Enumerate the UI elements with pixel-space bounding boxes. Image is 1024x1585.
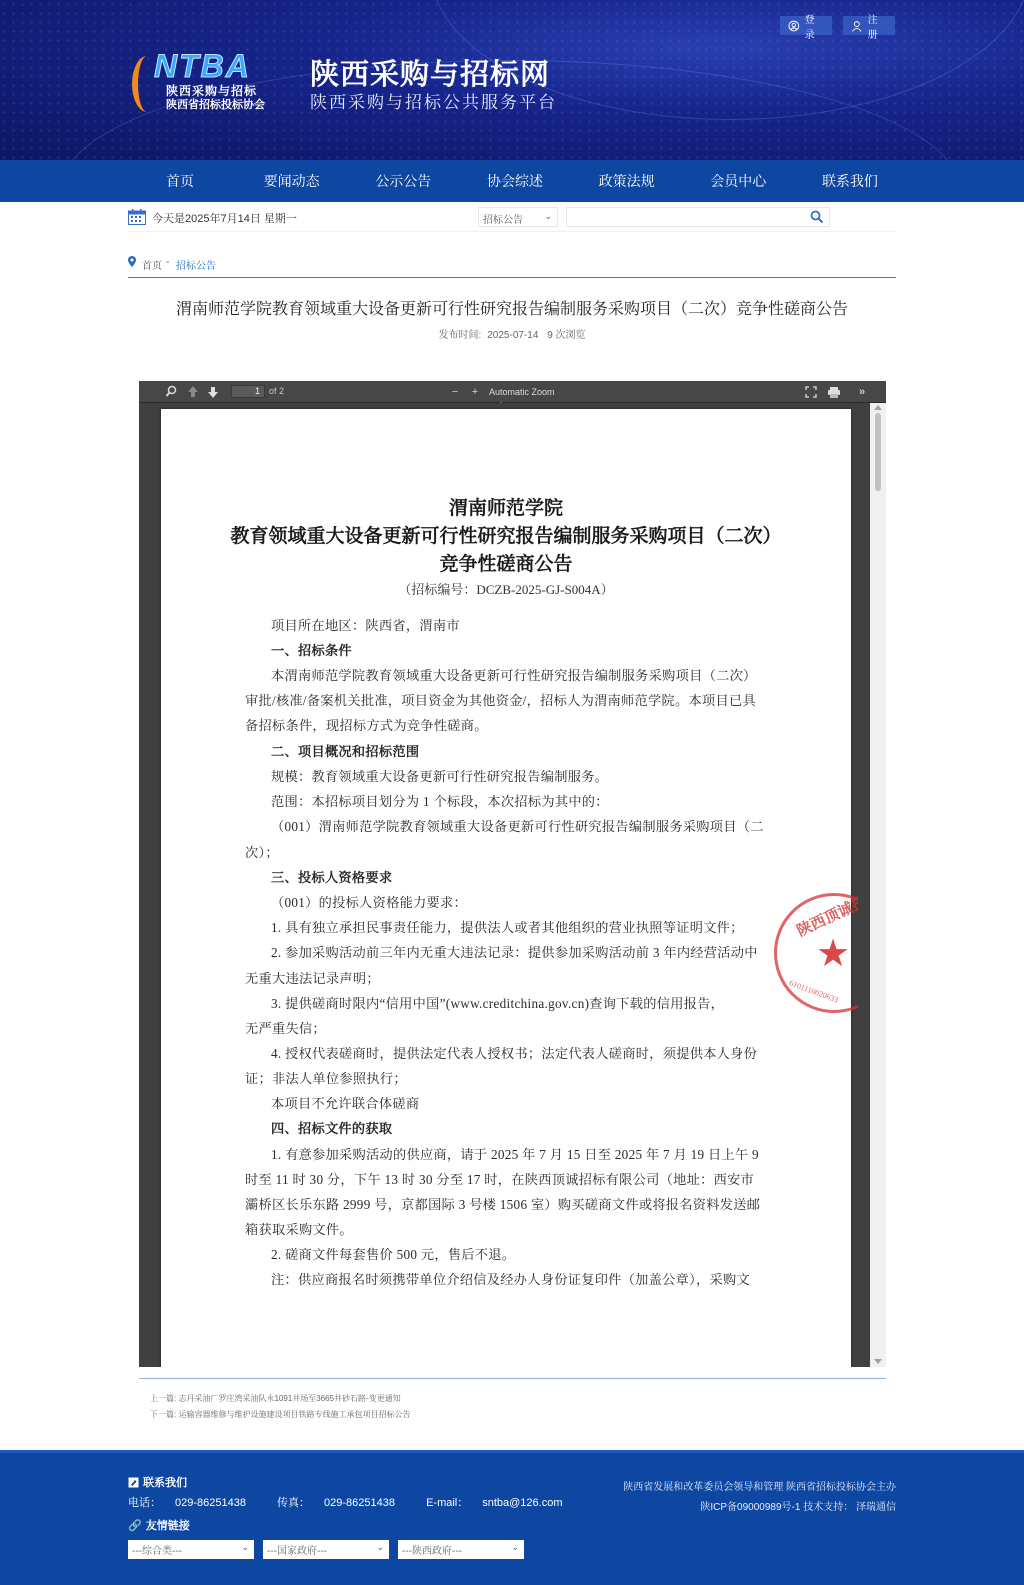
links-heading-label: 友情链接 [146,1517,190,1533]
doc-line: 范围：本招标项目划分为 1 个标段，本次招标为其中的： [271,791,795,810]
note-icon [128,1477,139,1488]
email-label: E-mail： [426,1497,468,1509]
scroll-down-arrow-icon[interactable] [874,1359,882,1364]
chevron-down-icon: ⌄ [544,211,552,222]
zoom-level: Automatic Zoom [489,387,555,397]
prev-article: 上一篇: 志丹采油厂罗庄湾采油队永1091井场至3665井砂石路-变更通知 [150,1393,401,1404]
doc-line: 箱获取采购文件。 [245,1219,769,1238]
article-title: 渭南师范学院教育领域重大设备更新可行性研究报告编制服务采购项目（二次）竞争性磋商… [128,296,896,319]
login-label: 登录 [805,11,824,41]
site-subtitle: 陕西采购与招标公共服务平台 [310,88,557,113]
nav-item-members[interactable]: 会员中心 [688,160,788,202]
search-icon[interactable] [165,384,177,400]
nav-item-home[interactable]: 首页 [130,160,230,202]
pdf-viewer: 1 of 2 − + Automatic Zoom ⇕ » 渭南师范学院 教育领… [139,381,886,1367]
official-seal-stamp: 陕西顶诚招 ★ 6101110020633 [766,887,858,1019]
location-pin-icon [128,256,136,267]
select-value: ---国家政府--- [267,1546,327,1557]
zoom-out-icon[interactable]: − [449,384,461,400]
doc-line: 2. 磋商文件每套售价 500 元，售后不退。 [271,1244,795,1263]
footer-organizer: 陕西省发展和改革委员会领导和管理 陕西省招标投标协会主办 [623,1478,896,1493]
calendar-icon [128,209,146,225]
nav-item-announcements[interactable]: 公示公告 [353,160,453,202]
chevron-down-icon: ⌄ [241,1542,249,1553]
fax-label: 传真： [277,1497,310,1509]
doc-line: 规模：教育领域重大设备更新可行性研究报告编制服务。 [271,766,795,785]
site-logo[interactable]: NTBA 陕西采购与招标 陕西省招标投标协会 [132,48,297,114]
doc-line: 1. 有意参加采购活动的供应商，请于 2025 年 7 月 15 日至 2025… [271,1144,795,1163]
page-count: of 2 [269,386,284,396]
footer-icp: 陕ICP备09000989号-1 技术支持： 泽瑞通信 [700,1498,896,1513]
date-search-bar: 今天是2025年7月14日 星期一 招标公告 ⌄ [128,206,896,232]
contact-heading-label: 联系我们 [143,1474,187,1490]
star-icon: ★ [816,935,850,973]
links-heading: 🔗 友情链接 [128,1517,190,1533]
prev-label: 上一篇: [150,1394,176,1403]
nav-item-news[interactable]: 要闻动态 [242,160,342,202]
doc-section-heading: 三、投标人资格要求 [271,867,795,886]
register-label: 注册 [868,11,887,41]
doc-line: 证；非法人单位参照执行； [245,1068,769,1087]
doc-line: （001）的投标人资格能力要求： [271,892,795,911]
user-icon [851,20,863,32]
doc-section-heading: 四、招标文件的获取 [271,1118,795,1137]
phone-label: 电话： [128,1497,161,1509]
pdf-scroll-area[interactable]: 渭南师范学院 教育领域重大设备更新可行性研究报告编制服务采购项目（二次） 竞争性… [139,403,886,1367]
doc-line: 注：供应商报名时须携带单位介绍信及经办人身份证复印件（加盖公章），采购文 [271,1269,795,1288]
phone-number: 029-86251438 [175,1497,246,1509]
user-circle-icon [788,20,800,32]
link-icon: 🔗 [128,1519,142,1532]
publish-date: 2025-07-14 [487,330,538,341]
print-icon[interactable] [827,384,841,400]
pdf-scrollbar[interactable] [870,403,886,1367]
nav-item-association[interactable]: 协会综述 [465,160,565,202]
email-address[interactable]: sntba@126.com [482,1497,562,1509]
doc-line: 项目所在地区：陕西省，渭南市 [271,615,795,634]
friend-link-select-shaanxi[interactable]: ---陕西政府---⌄ [398,1540,524,1559]
doc-heading-line-1: 渭南师范学院 [161,493,851,520]
search-input[interactable] [566,207,830,227]
next-article: 下一篇: 运输容器维修与维护设施建设项目铁路专线施工承包项目招标公告 [150,1409,410,1420]
doc-line: 4. 授权代表磋商时，提供法定代表人授权书；法定代表人磋商时，须提供本人身份 [271,1043,795,1062]
publish-label: 发布时间: [438,330,481,341]
zoom-select[interactable]: Automatic Zoom ⇕ [489,385,571,399]
next-article-link[interactable]: 运输容器维修与维护设施建设项目铁路专线施工承包项目招标公告 [178,1410,410,1419]
logo-subtitle-2: 陕西省招标投标协会 [166,96,265,112]
category-selected-value: 招标公告 [483,215,523,226]
pdf-toolbar: 1 of 2 − + Automatic Zoom ⇕ » [139,381,886,403]
next-page-icon[interactable] [207,384,219,400]
scroll-up-arrow-icon[interactable] [874,405,882,410]
fax-number: 029-86251438 [324,1497,395,1509]
breadcrumb-home[interactable]: 首页 [142,257,162,272]
breadcrumb-separator: - [166,257,169,268]
fullscreen-icon[interactable] [805,384,817,400]
view-count: 9 次浏览 [547,330,585,341]
breadcrumb-current[interactable]: 招标公告 [176,257,216,272]
doc-line: 审批/核准/备案机关批准，项目资金为其他资金/，招标人为渭南师范学院。本项目已具 [245,690,769,709]
doc-section-heading: 二、项目概况和招标范围 [271,741,795,760]
divider [139,1378,886,1379]
doc-line: 备招标条件，现招标方式为竞争性磋商。 [245,715,769,734]
breadcrumb: 首页 - 招标公告 [128,254,896,278]
scrollbar-thumb[interactable] [875,413,881,491]
select-value: ---综合类--- [132,1546,182,1557]
page-number-input[interactable]: 1 [231,385,265,398]
previous-page-icon[interactable] [187,384,199,400]
register-button[interactable]: 注册 [843,16,895,35]
doc-line: 时至 11 时 30 分，下午 13 时 30 分至 17 时，在陕西顶诚招标有… [245,1169,769,1188]
tools-menu-icon[interactable]: » [855,384,869,400]
doc-line: 1. 具有独立承担民事责任能力，提供法人或者其他组织的营业执照等证明文件； [271,917,795,936]
search-icon[interactable] [810,210,824,224]
doc-tender-code: （招标编号：DCZB-2025-GJ-S004A） [161,579,851,598]
doc-line: 无严重失信； [245,1018,769,1037]
prev-article-link[interactable]: 志丹采油厂罗庄湾采油队永1091井场至3665井砂石路-变更通知 [178,1394,400,1403]
footer: 联系我们 电话：029-86251438 传真：029-86251438 E-m… [0,1450,1024,1585]
friend-link-select-national[interactable]: ---国家政府---⌄ [263,1540,389,1559]
chevron-down-icon: ⌄ [376,1542,384,1553]
select-value: ---陕西政府--- [402,1546,462,1557]
category-select[interactable]: 招标公告 ⌄ [478,207,558,227]
chevron-down-icon: ⌄ [511,1542,519,1553]
nav-item-contact[interactable]: 联系我们 [800,160,900,202]
header-banner: NTBA 陕西采购与招标 陕西省招标投标协会 陕西采购与招标网 陕西采购与招标公… [0,0,1024,160]
doc-line: 无重大违法记录声明； [245,968,769,987]
login-button[interactable]: 登录 [780,16,832,35]
doc-line: 2. 参加采购活动前三年内无重大违法记录：提供参加采购活动前 3 年内经营活动中 [271,942,795,961]
pdf-page: 渭南师范学院 教育领域重大设备更新可行性研究报告编制服务采购项目（二次） 竞争性… [161,409,851,1367]
current-date: 今天是2025年7月14日 星期一 [152,210,297,226]
doc-heading-line-2: 教育领域重大设备更新可行性研究报告编制服务采购项目（二次） [161,521,851,548]
nav-item-policies[interactable]: 政策法规 [577,160,677,202]
main-nav: 首页 要闻动态 公示公告 协会综述 政策法规 会员中心 联系我们 [0,160,1024,202]
doc-line: 3. 提供磋商时限内“信用中国”(www.creditchina.gov.cn)… [271,993,795,1012]
doc-section-heading: 一、招标条件 [271,640,795,659]
doc-line: 本渭南师范学院教育领域重大设备更新可行性研究报告编制服务采购项目（二次） [271,665,795,684]
doc-heading-line-3: 竞争性磋商公告 [161,549,851,576]
contact-heading: 联系我们 [128,1474,187,1490]
site-title: 陕西采购与招标网 [310,52,550,93]
next-label: 下一篇: [150,1410,176,1419]
logo-text: NTBA [154,48,251,85]
doc-line: （001）渭南师范学院教育领域重大设备更新可行性研究报告编制服务采购项目（二 [271,816,795,835]
friend-link-select-general[interactable]: ---综合类---⌄ [128,1540,254,1559]
zoom-in-icon[interactable]: + [469,384,481,400]
doc-line: 次）； [245,842,769,861]
article-meta: 发布时间:2025-07-14 9 次浏览 [128,326,896,341]
contact-details: 电话：029-86251438 传真：029-86251438 E-mail：s… [128,1494,591,1510]
doc-line: 本项目不允许联合体磋商 [271,1093,795,1112]
doc-line: 灞桥区长乐东路 2999 号，京都国际 3 号楼 1506 室）购买磋商文件或将… [245,1194,769,1213]
